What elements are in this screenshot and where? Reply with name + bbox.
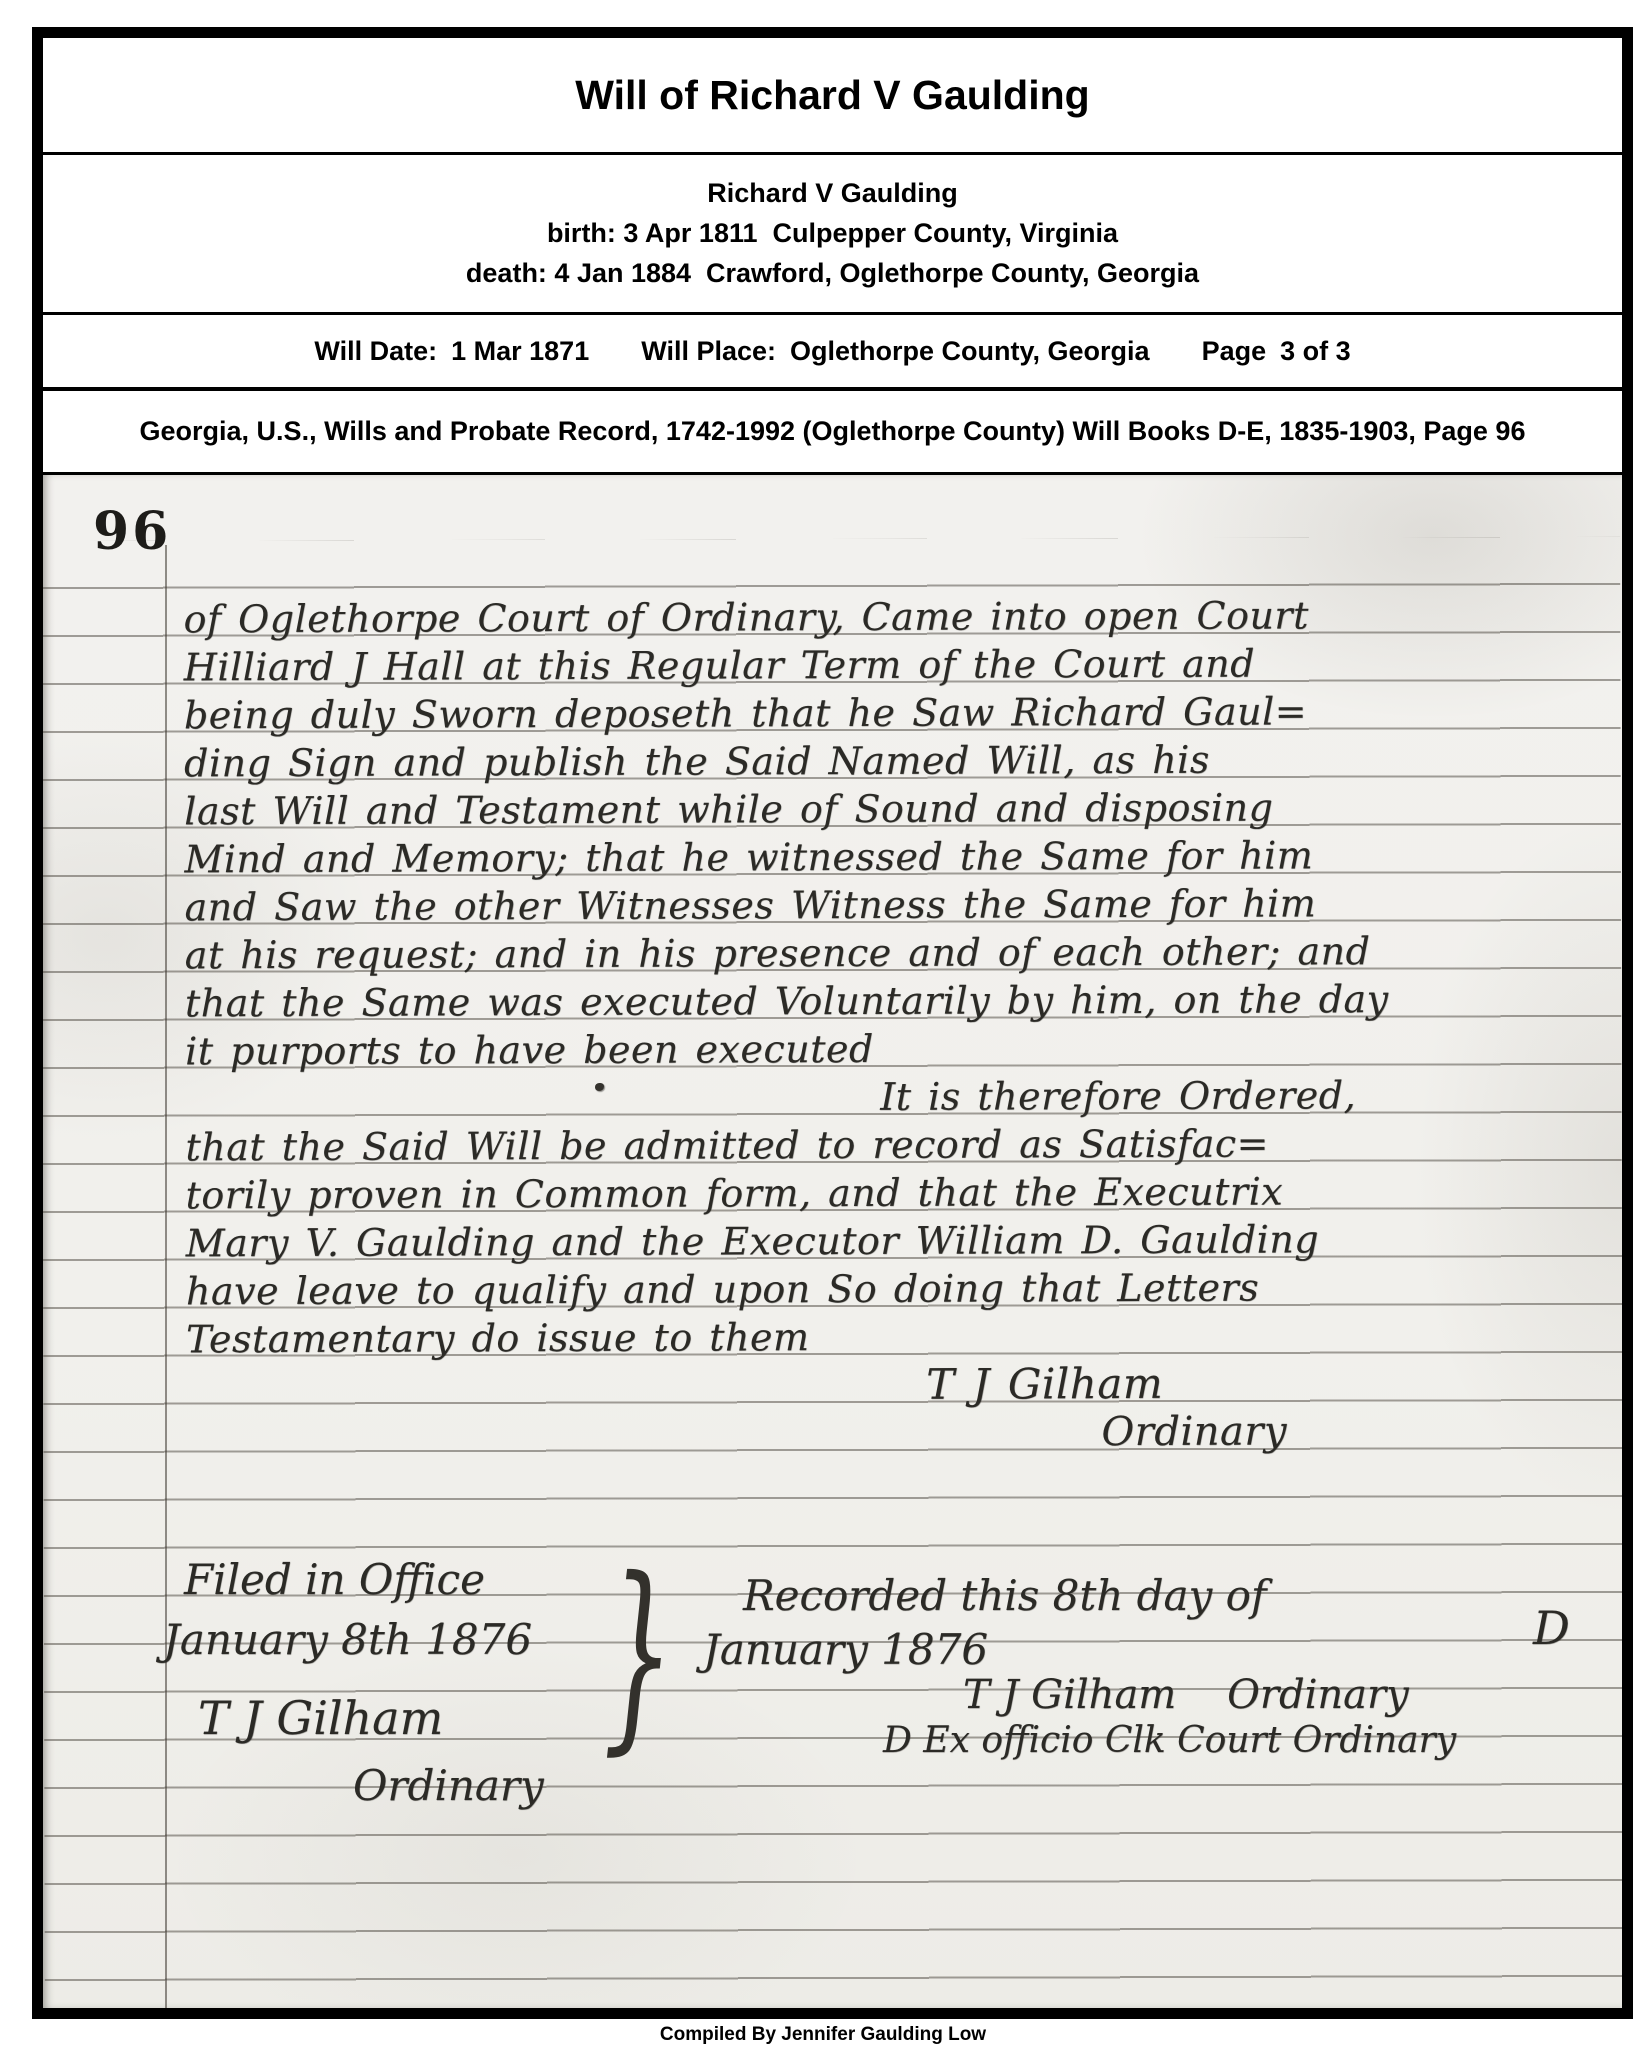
will-date-band: Will Date: 1 Mar 1871 Will Place: Ogleth…: [43, 315, 1622, 387]
scan-page-number: 96: [93, 501, 171, 562]
recorded-signature: T J Gilham Ordinary: [963, 1673, 1409, 1717]
ex-officio-line: D Ex officio Clk Court Ordinary: [883, 1721, 1456, 1761]
filed-line1: Filed in Office: [184, 1557, 485, 1603]
will-text-block: of Oglethorpe Court of Ordinary, Came in…: [183, 591, 1516, 1460]
filed-signature-title: Ordinary: [353, 1763, 544, 1809]
filed-line2: January 8th 1876: [163, 1617, 532, 1663]
page-title: Will of Richard V Gaulding: [575, 72, 1089, 119]
stray-ink-mark: D: [1533, 1603, 1570, 1654]
person-info-band: Richard V Gaulding birth: 3 Apr 1811 Cul…: [43, 155, 1622, 312]
source-citation: Georgia, U.S., Wills and Probate Record,…: [140, 416, 1526, 447]
will-text-line: and Saw the other Witnesses Witness the …: [185, 879, 1515, 932]
recorded-line1: Recorded this 8th day of: [743, 1573, 1266, 1619]
will-text-line: that the Said Will be admitted to record…: [185, 1119, 1515, 1172]
recorded-line2: January 1876: [703, 1627, 988, 1673]
compiled-by-credit: Compiled By Jennifer Gaulding Low: [0, 2024, 1646, 2046]
will-place-value: Oglethorpe County, Georgia: [790, 336, 1150, 367]
death-line: death: 4 Jan 1884 Crawford, Oglethorpe C…: [466, 258, 1199, 289]
page-value: 3 of 3: [1280, 336, 1351, 367]
will-date-label: Will Date:: [314, 336, 437, 367]
scanned-will-image: 96 of Oglethorpe Court of Ordinary, Came…: [43, 475, 1622, 2008]
will-text-line: Ordinary: [186, 1407, 1516, 1460]
will-text-line: Mary V. Gaulding and the Executor Willia…: [186, 1215, 1516, 1268]
will-text-line: ding Sign and publish the Said Named Wil…: [184, 735, 1514, 788]
will-text-line: that the Same was executed Voluntarily b…: [185, 975, 1515, 1028]
will-text-line: last Will and Testament while of Sound a…: [184, 783, 1514, 836]
will-text-line: it purports to have been executed: [185, 1023, 1515, 1076]
will-text-line: T J Gilham: [186, 1359, 1516, 1412]
brace-mark: }: [603, 1543, 674, 1768]
person-name: Richard V Gaulding: [707, 178, 958, 209]
will-text-line: Testamentary do issue to them: [186, 1311, 1516, 1364]
birth-line: birth: 3 Apr 1811 Culpepper County, Virg…: [547, 218, 1118, 249]
filed-signature: T J Gilham: [198, 1693, 443, 1744]
will-text-line: It is therefore Ordered,: [185, 1071, 1515, 1124]
will-date-value: 1 Mar 1871: [451, 336, 589, 367]
will-text-line: have leave to qualify and upon So doing …: [186, 1263, 1516, 1316]
citation-band: Georgia, U.S., Wills and Probate Record,…: [43, 391, 1622, 472]
will-text-line: being duly Sworn deposeth that he Saw Ri…: [184, 687, 1514, 740]
will-text-line: Hilliard J Hall at this Regular Term of …: [184, 639, 1514, 692]
page-label: Page: [1202, 336, 1267, 367]
will-text-line: Mind and Memory; that he witnessed the S…: [184, 831, 1514, 884]
will-text-line: of Oglethorpe Court of Ordinary, Came in…: [183, 591, 1513, 644]
will-text-line: at his request; and in his presence and …: [185, 927, 1515, 980]
margin-line: [165, 545, 167, 2008]
will-place-label: Will Place:: [641, 336, 776, 367]
will-text-line: torily proven in Common form, and that t…: [186, 1167, 1516, 1220]
title-band: Will of Richard V Gaulding: [43, 38, 1622, 152]
document-frame: Will of Richard V Gaulding Richard V Gau…: [32, 27, 1633, 2019]
